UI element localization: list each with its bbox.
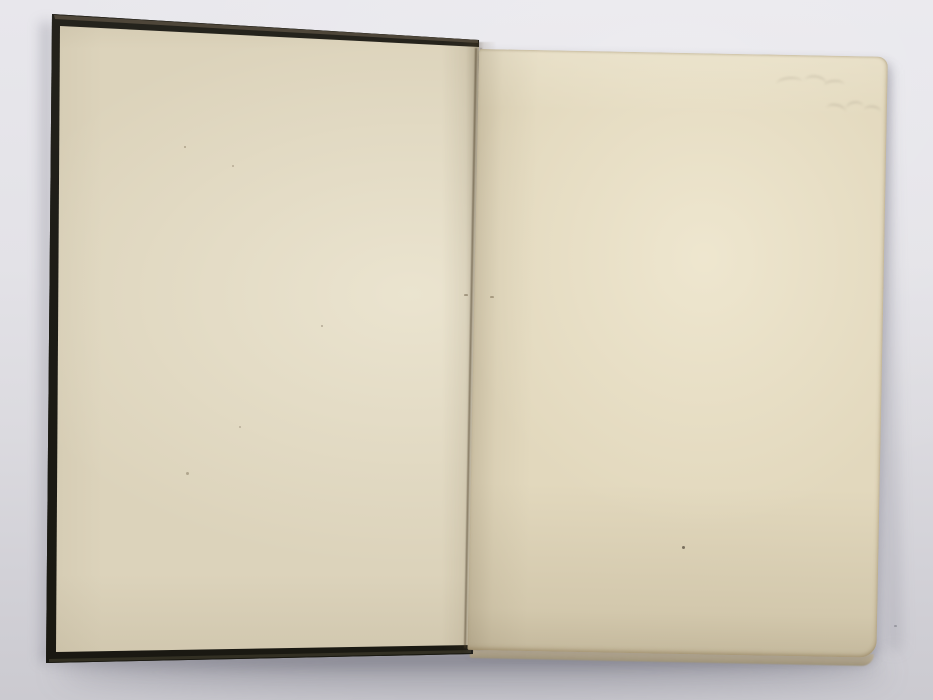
erased-pencil-mark [826, 98, 882, 121]
erased-pencil-mark [776, 73, 846, 94]
paper-speck [321, 325, 323, 327]
photo-scene [0, 0, 933, 700]
paper-speck [682, 546, 685, 549]
paper-speck [464, 294, 468, 296]
paper-speck [184, 146, 186, 148]
paper-speck [239, 426, 241, 428]
paper-speck [232, 165, 234, 167]
paper-speck [490, 296, 494, 298]
flyleaf-right-page [467, 49, 887, 658]
paper-speck [186, 472, 189, 475]
dust-speck-background [894, 625, 897, 627]
